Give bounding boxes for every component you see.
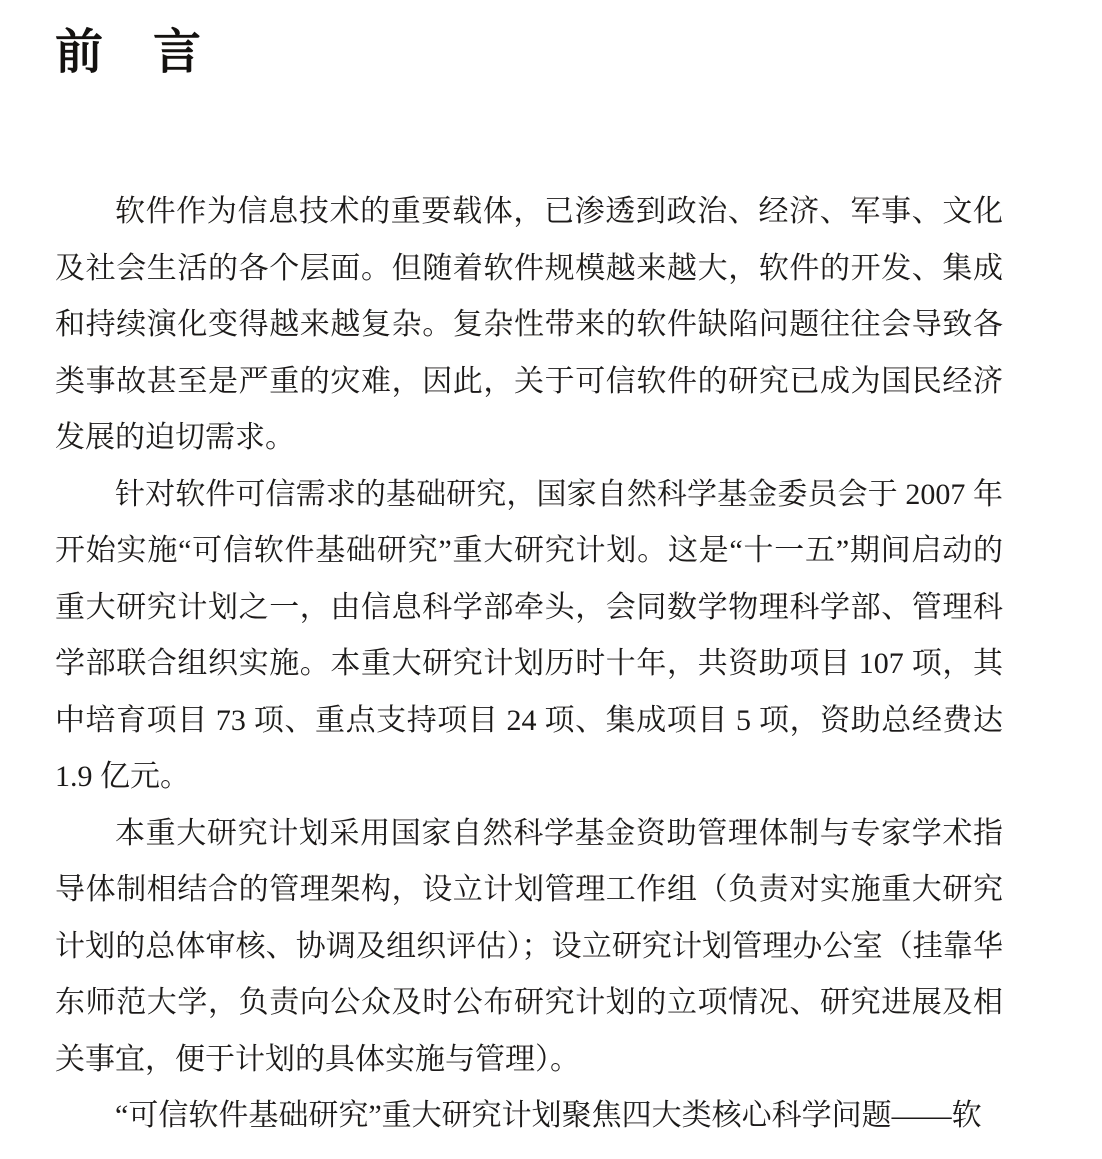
paragraph-3: 本重大研究计划采用国家自然科学基金资助管理体制与专家学术指导体制相结合的管理架构… [55, 806, 1003, 1089]
document-page: 前 言 软件作为信息技术的重要载体，已渗透到政治、经济、军事、文化及社会生活的各… [0, 0, 1102, 1159]
paragraph-4: “可信软件基础研究”重大研究计划聚焦四大类核心科学问题——软 [55, 1088, 1003, 1145]
paragraph-2: 针对软件可信需求的基础研究，国家自然科学基金委员会于 2007 年开始实施“可信… [55, 467, 1003, 806]
page-title: 前 言 [55, 25, 1003, 80]
paragraph-1: 软件作为信息技术的重要载体，已渗透到政治、经济、军事、文化及社会生活的各个层面。… [55, 184, 1003, 467]
document-body: 软件作为信息技术的重要载体，已渗透到政治、经济、军事、文化及社会生活的各个层面。… [55, 184, 1003, 1145]
